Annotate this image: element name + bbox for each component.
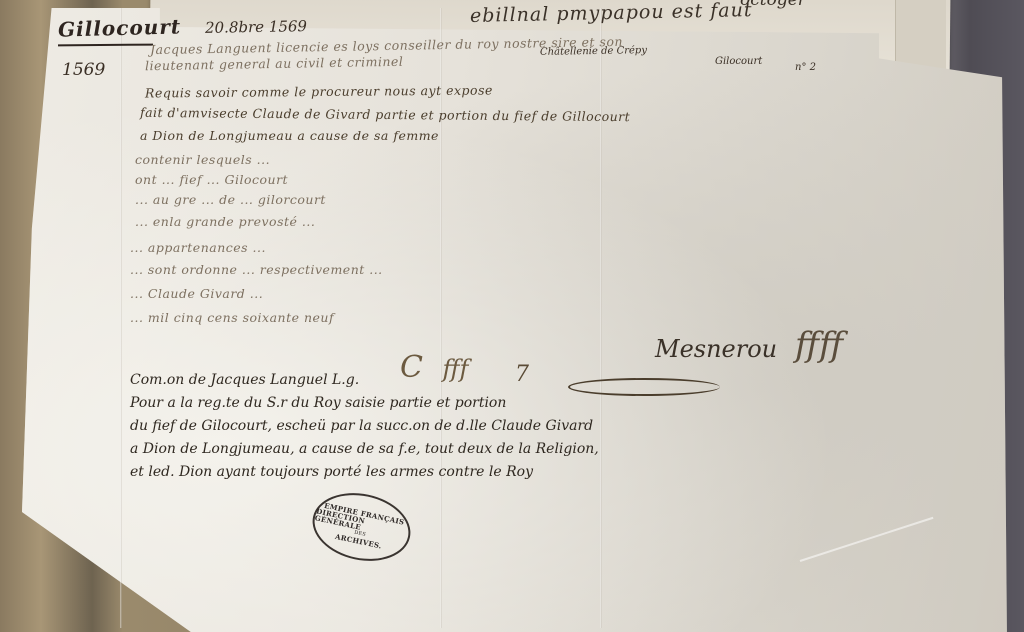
annotation-line: Pour a la reg.te du S.r du Roy saisie pa… xyxy=(130,395,506,411)
number-label: n° 2 xyxy=(795,62,816,73)
parish-label: Gilocourt xyxy=(715,56,762,67)
number-mark: 7 xyxy=(515,362,529,387)
back-sheet-fragment: octoger xyxy=(740,0,806,10)
annotation-line: du fief de Gilocourt, escheü par la succ… xyxy=(130,418,593,434)
body-line: ... sont ordonne ... respectivement ... xyxy=(130,262,383,277)
body-line: ont ... fief ... Gilocourt xyxy=(135,172,288,187)
back-sheet-edge xyxy=(895,0,946,70)
signature-main: Mesnerou xyxy=(655,335,777,363)
body-line: ... mil cinq cens soixante neuf xyxy=(130,310,334,325)
annotation-line: et led. Dion ayant toujours porté les ar… xyxy=(130,464,533,480)
annotation-line: Com.on de Jacques Languel L.g. xyxy=(130,372,359,388)
annotation-line: a Dion de Longjumeau, a cause de sa f.e,… xyxy=(130,441,599,457)
body-line: ... enla grande prevosté ... xyxy=(135,214,315,229)
body-line: ... Claude Givard ... xyxy=(130,286,263,301)
signature-flourish xyxy=(568,378,720,396)
body-line: ... au gre ... de ... gilorcourt xyxy=(135,192,326,207)
place-title: Gillocourt xyxy=(58,14,182,41)
margin-year: 1569 xyxy=(62,60,105,80)
document-date: 20.8bre 1569 xyxy=(205,17,307,37)
fold-line xyxy=(120,8,122,628)
fold-line xyxy=(440,8,442,628)
signature-secondary: ffff xyxy=(795,325,843,365)
body-line: contenir lesquels ... xyxy=(135,152,270,167)
fold-line xyxy=(600,8,602,628)
body-line: ... appartenances ... xyxy=(130,240,266,255)
body-line: a Dion de Longjumeau a cause de sa femme xyxy=(140,128,439,143)
body-line: Requis savoir comme le procureur nous ay… xyxy=(145,82,493,100)
paraph-mark-c: C fff xyxy=(400,350,468,385)
